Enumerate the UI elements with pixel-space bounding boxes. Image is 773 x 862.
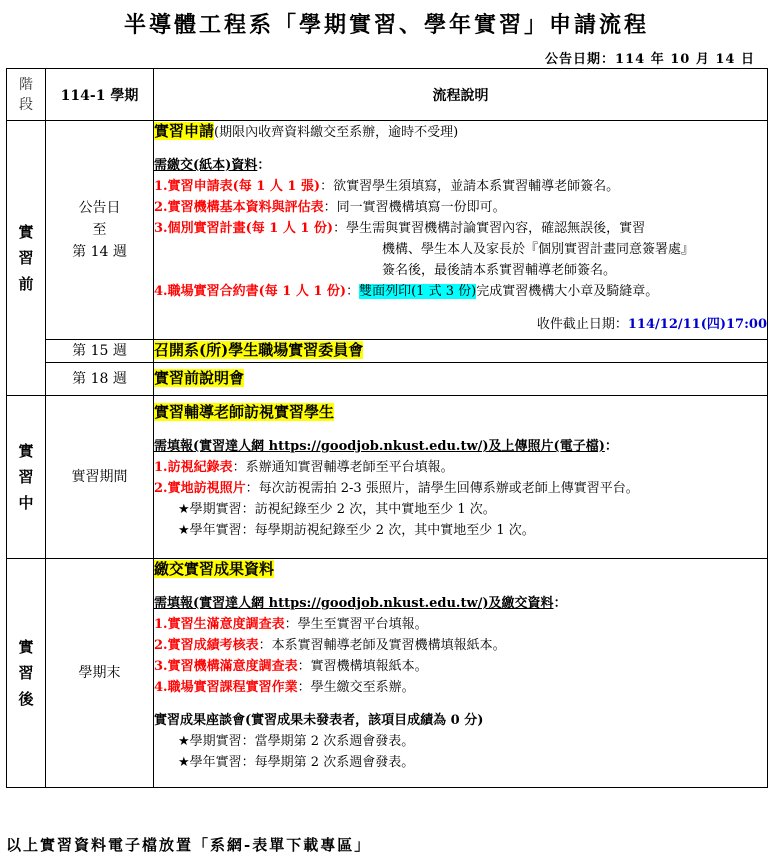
table-row: 實 習 前 公告日 至 第 14 週 實習申請(期限內收齊資料繳交至系辦，逾時不… xyxy=(7,121,768,340)
required-label: 需填報(實習達人網 https://goodjob.nkust.edu.tw/)… xyxy=(154,439,605,454)
header-semester: 114-1 學期 xyxy=(46,69,154,121)
section-heading: 實習前說明會 xyxy=(154,369,244,387)
required-label: 需繳交(紙本)資料 xyxy=(154,158,257,173)
header-stage: 階 段 xyxy=(7,69,46,121)
stage-after: 實 習 後 xyxy=(7,559,46,788)
description-cell: 召開系(所)學生職場實習委員會 xyxy=(154,340,768,363)
process-table: 階 段 114-1 學期 流程說明 實 習 前 公告日 至 第 14 週 實習申… xyxy=(6,68,768,788)
period-cell: 第 15 週 xyxy=(46,340,154,363)
star-icon: ★ xyxy=(178,502,190,517)
announce-date: 公告日期：114 年 10 月 14 日 xyxy=(545,48,755,67)
list-item: 2.實習成績考核表：本系實習輔導老師及實習機構填報紙本。 xyxy=(154,635,767,656)
page-title: 半導體工程系「學期實習、學年實習」申請流程 xyxy=(0,8,773,39)
list-item: 3.實習機構滿意度調查表：實習機構填報紙本。 xyxy=(154,656,767,677)
list-item: 1.實習生滿意度調查表：學生至實習平台填報。 xyxy=(154,614,767,635)
highlight-duplex: 雙面列印(1 式 3 份) xyxy=(359,284,476,299)
table-row: 實 習 中 實習期間 實習輔導老師訪視實習學生 需填報(實習達人網 https:… xyxy=(7,396,768,559)
description-cell: 繳交實習成果資料 需填報(實習達人網 https://goodjob.nkust… xyxy=(154,559,768,788)
period-cell: 公告日 至 第 14 週 xyxy=(46,121,154,340)
list-item: 2.實習機構基本資料與評估表：同一實習機構填寫一份即可。 xyxy=(154,197,767,218)
stage-during: 實 習 中 xyxy=(7,396,46,559)
list-item: 4.職場實習課程實習作業：學生繳交至系辦。 xyxy=(154,677,767,698)
section-heading: 繳交實習成果資料 xyxy=(154,560,274,578)
deadline: 收件截止日期：114/12/11(四)17:00 xyxy=(154,314,767,335)
header-description: 流程說明 xyxy=(154,69,768,121)
list-item: 1.實習申請表(每 1 人 1 張)：欲實習學生須填寫，並請本系實習輔導老師簽名… xyxy=(154,176,767,197)
deadline-value: 114/12/11(四)17:00 xyxy=(628,317,767,332)
table-row: 第 18 週 實習前說明會 xyxy=(7,363,768,396)
list-item: 1.訪視紀錄表：系辦通知實習輔導老師至平台填報。 xyxy=(154,457,767,478)
note-item: ★學期實習：訪視紀錄至少 2 次，其中實地至少 1 次。 xyxy=(154,499,767,520)
section-heading: 實習申請 xyxy=(154,122,214,140)
list-item: 4.職場實習合約書(每 1 人 1 份)：雙面列印(1 式 3 份)完成實習機構… xyxy=(154,281,767,302)
section-heading: 召開系(所)學生職場實習委員會 xyxy=(154,341,363,359)
stage-before: 實 習 前 xyxy=(7,121,46,396)
description-cell: 實習前說明會 xyxy=(154,363,768,396)
note-item: ★學年實習：每學期訪視紀錄至少 2 次，其中實地至少 1 次。 xyxy=(154,520,767,541)
table-header-row: 階 段 114-1 學期 流程說明 xyxy=(7,69,768,121)
period-cell: 實習期間 xyxy=(46,396,154,559)
description-cell: 實習申請(期限內收齊資料繳交至系辦，逾時不受理) 需繳交(紙本)資料： 1.實習… xyxy=(154,121,768,340)
star-icon: ★ xyxy=(178,523,190,538)
table-row: 第 15 週 召開系(所)學生職場實習委員會 xyxy=(7,340,768,363)
note-item: ★學年實習：每學期第 2 次系週會發表。 xyxy=(154,752,767,773)
heading-note: (期限內收齊資料繳交至系辦，逾時不受理) xyxy=(214,125,458,140)
required-label: 需填報(實習達人網 https://goodjob.nkust.edu.tw/)… xyxy=(154,596,554,611)
description-cell: 實習輔導老師訪視實習學生 需填報(實習達人網 https://goodjob.n… xyxy=(154,396,768,559)
period-cell: 第 18 週 xyxy=(46,363,154,396)
section-heading: 實習輔導老師訪視實習學生 xyxy=(154,403,334,421)
table-row: 實 習 後 學期末 繳交實習成果資料 需填報(實習達人網 https://goo… xyxy=(7,559,768,788)
list-item: 2.實地訪視照片：每次訪視需拍 2-3 張照片，請學生回傳系辦或老師上傳實習平台… xyxy=(154,478,767,499)
footer-note: 以上實習資料電子檔放置「系網-表單下載專區」 xyxy=(6,834,371,855)
period-cell: 學期末 xyxy=(46,559,154,788)
star-icon: ★ xyxy=(178,734,190,749)
star-icon: ★ xyxy=(178,755,190,770)
note-item: ★學期實習：當學期第 2 次系週會發表。 xyxy=(154,731,767,752)
list-item: 3.個別實習計畫(每 1 人 1 份)：學生需與實習機構討論實習內容，確認無誤後… xyxy=(154,218,767,239)
seminar-note: 實習成果座談會(實習成果未發表者，該項目成績為 0 分) xyxy=(154,710,767,731)
